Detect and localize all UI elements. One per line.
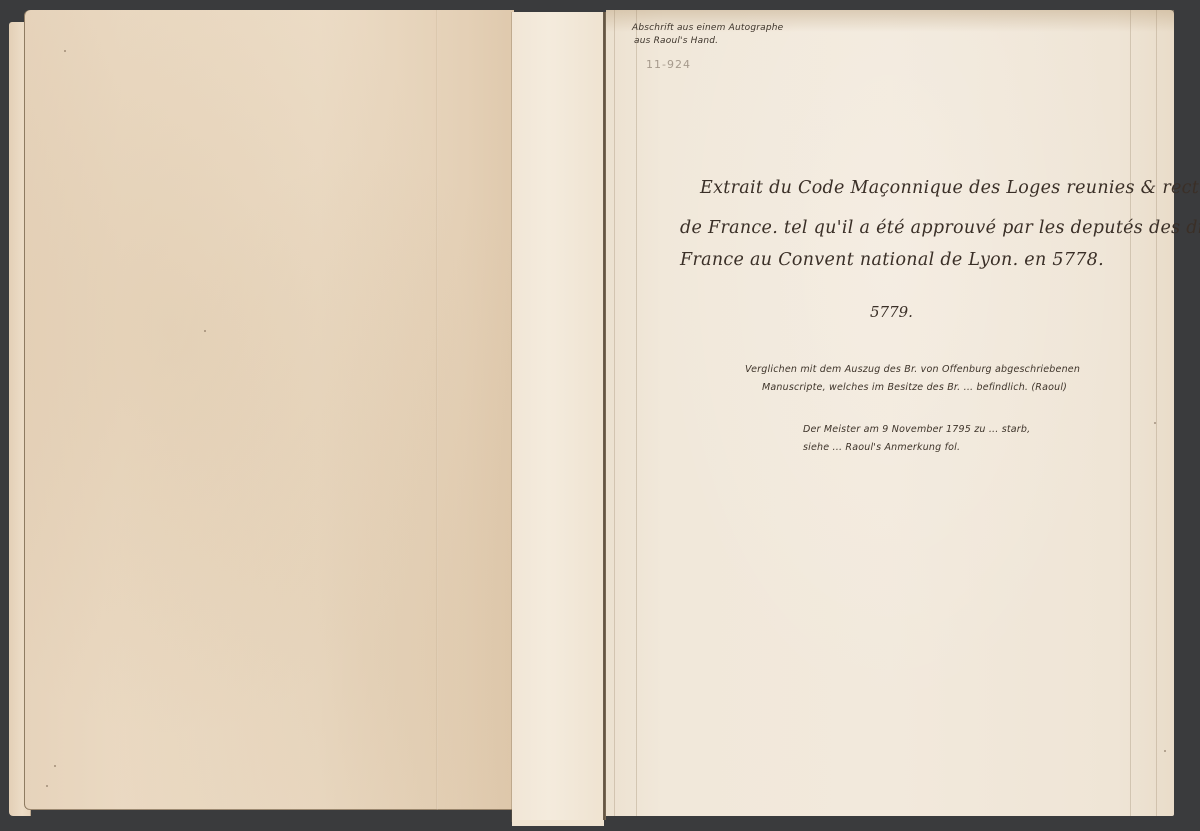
left-page-blank [24,10,514,810]
binding-stub [512,12,604,822]
annotation-2-line-2: siehe ... Raoul's Anmerkung fol. [803,442,960,453]
foxing-spot [46,785,48,787]
right-page-title [606,10,1174,816]
annotation-2-line-1: Der Meister am 9 November 1795 zu ... st… [803,424,1030,435]
annotation-1-line-1: Verglichen mit dem Auszug des Br. von Of… [745,364,1080,375]
foxing-spot [64,50,66,52]
title-line-1: Extrait du Code Maçonnique des Loges reu… [700,178,1200,198]
title-line-2: de France. tel qu'il a été approuvé par … [680,218,1200,238]
margin-rule [614,10,615,816]
annotation-1-line-2: Manuscripte, welches im Besitze des Br. … [762,382,1067,393]
foxing-spot [1154,422,1156,424]
margin-rule [1156,10,1157,816]
left-page-crease [436,10,438,810]
title-line-3: France au Convent national de Lyon. en 5… [680,250,1104,270]
margin-rule [1130,10,1131,816]
provenance-note: Abschrift aus einem Autographe aus Raoul… [632,22,783,48]
provenance-note-line-2: aus Raoul's Hand. [632,35,783,48]
shelfmark: 11-924 [646,58,691,71]
foxing-spot [1164,750,1166,752]
foxing-spot [204,330,206,332]
binding-stub-tab [512,820,604,826]
margin-rule [636,10,637,816]
foxing-spot [54,765,56,767]
provenance-note-line-1: Abschrift aus einem Autographe [632,22,783,35]
manuscript-scan: Abschrift aus einem Autographe aus Raoul… [0,0,1200,831]
left-page-border [24,10,514,810]
year-5779: 5779. [870,303,913,321]
